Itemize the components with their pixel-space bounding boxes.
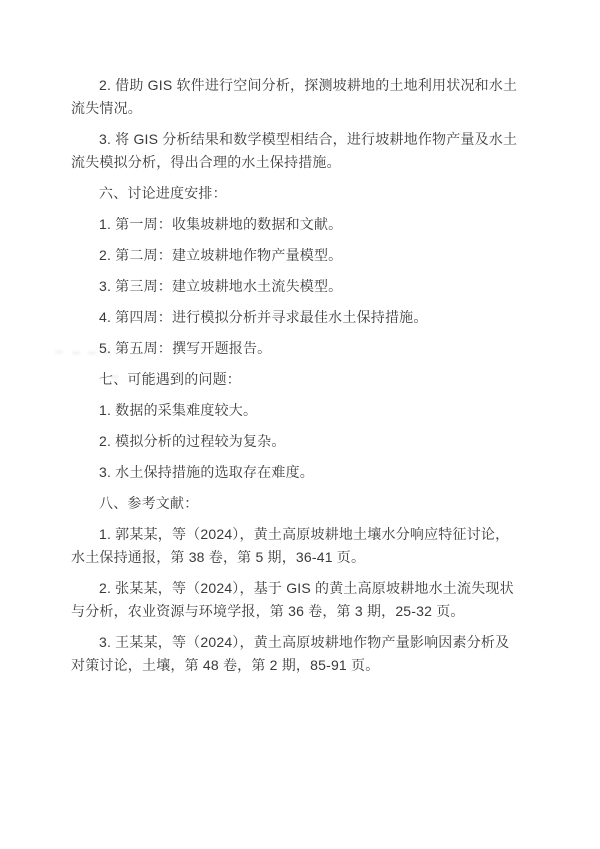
text-line: 流失情况。 (71, 97, 533, 120)
text-line: 六、讨论进度安排： (71, 182, 533, 205)
problem-item-2: 2. 模拟分析的过程较为复杂。 (71, 430, 533, 453)
text-line: 4. 第四周：进行模拟分析并寻求最佳水土保持措施。 (71, 306, 533, 329)
text-line: 3. 将 GIS 分析结果和数学模型相结合，进行坡耕地作物产量及水土 (71, 128, 533, 151)
text-line: 对策讨论，土壤，第 48 卷，第 2 期，85-91 页。 (71, 654, 533, 677)
section-heading-schedule: 六、讨论进度安排： (71, 182, 533, 205)
text-line: 与分析，农业资源与环境学报，第 36 卷，第 3 期，25-32 页。 (71, 600, 533, 623)
text-line: 2. 张某某，等（2024），基于 GIS 的黄土高原坡耕地水土流失现状 (71, 577, 533, 600)
text-line: 2. 第二周：建立坡耕地作物产量模型。 (71, 244, 533, 267)
section-heading-problems: 七、可能遇到的问题： (71, 368, 533, 391)
reference-item-2: 2. 张某某，等（2024），基于 GIS 的黄土高原坡耕地水土流失现状 与分析… (71, 577, 533, 623)
problem-item-3: 3. 水土保持措施的选取存在难度。 (71, 461, 533, 484)
text-line: 3. 第三周：建立坡耕地水土流失模型。 (71, 275, 533, 298)
text-line: 5. 第五周：撰写开题报告。 (71, 337, 533, 360)
schedule-item-week2: 2. 第二周：建立坡耕地作物产量模型。 (71, 244, 533, 267)
document-page: 2. 借助 GIS 软件进行空间分析，探测坡耕地的土地利用状况和水土 流失情况。… (0, 0, 600, 849)
text-line: 1. 数据的采集难度较大。 (71, 399, 533, 422)
text-line: 3. 王某某，等（2024），黄土高原坡耕地作物产量影响因素分析及 (71, 631, 533, 654)
text-line: 1. 郭某某，等（2024），黄土高原坡耕地土壤水分响应特征讨论， (71, 523, 533, 546)
text-line: 八、参考文献： (71, 492, 533, 515)
paragraph-method-3: 3. 将 GIS 分析结果和数学模型相结合，进行坡耕地作物产量及水土 流失模拟分… (71, 128, 533, 174)
text-line: 2. 借助 GIS 软件进行空间分析，探测坡耕地的土地利用状况和水土 (71, 74, 533, 97)
schedule-item-week5: 5. 第五周：撰写开题报告。 (71, 337, 533, 360)
text-line: 3. 水土保持措施的选取存在难度。 (71, 461, 533, 484)
reference-item-1: 1. 郭某某，等（2024），黄土高原坡耕地土壤水分响应特征讨论， 水土保持通报… (71, 523, 533, 569)
text-line: 1. 第一周：收集坡耕地的数据和文献。 (71, 213, 533, 236)
text-line: 七、可能遇到的问题： (71, 368, 533, 391)
paragraph-method-2: 2. 借助 GIS 软件进行空间分析，探测坡耕地的土地利用状况和水土 流失情况。 (71, 74, 533, 120)
schedule-item-week4: 4. 第四周：进行模拟分析并寻求最佳水土保持措施。 (71, 306, 533, 329)
schedule-item-week3: 3. 第三周：建立坡耕地水土流失模型。 (71, 275, 533, 298)
text-line: 水土保持通报，第 38 卷，第 5 期，36-41 页。 (71, 546, 533, 569)
problem-item-1: 1. 数据的采集难度较大。 (71, 399, 533, 422)
reference-item-3: 3. 王某某，等（2024），黄土高原坡耕地作物产量影响因素分析及 对策讨论，土… (71, 631, 533, 677)
schedule-item-week1: 1. 第一周：收集坡耕地的数据和文献。 (71, 213, 533, 236)
text-line: 流失模拟分析，得出合理的水土保持措施。 (71, 151, 533, 174)
text-line: 2. 模拟分析的过程较为复杂。 (71, 430, 533, 453)
section-heading-references: 八、参考文献： (71, 492, 533, 515)
faint-mark (55, 350, 63, 354)
document-body: 2. 借助 GIS 软件进行空间分析，探测坡耕地的土地利用状况和水土 流失情况。… (71, 74, 533, 677)
